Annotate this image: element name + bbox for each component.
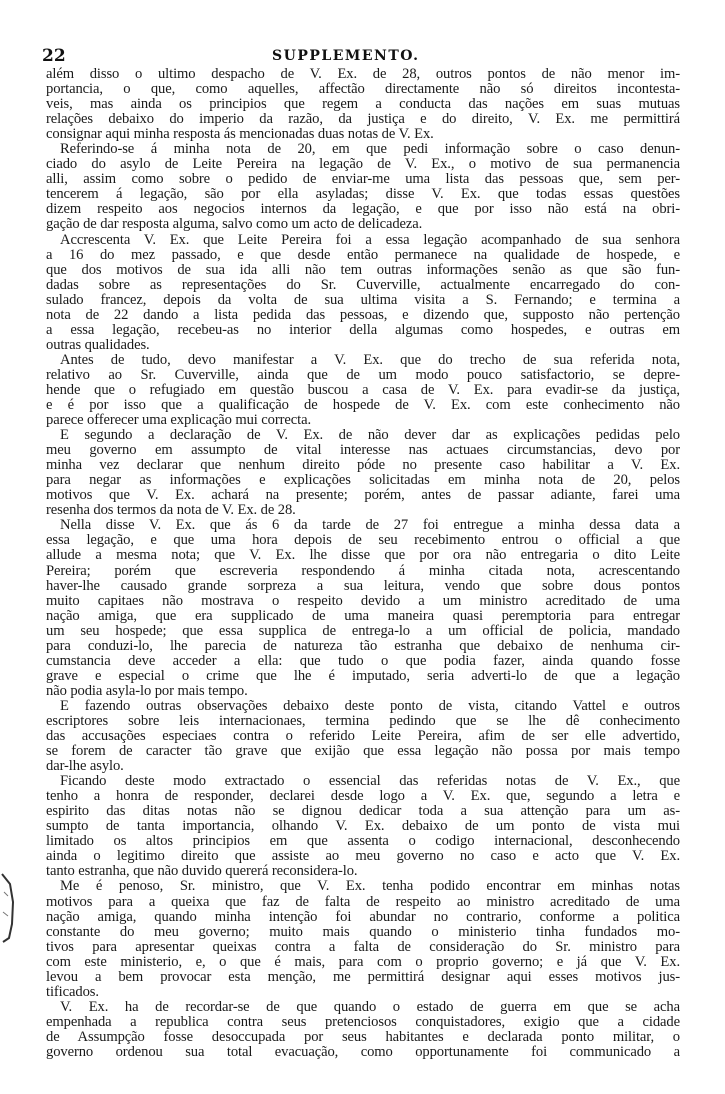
text-line: sulado francez, depois da volta de sua u… (46, 292, 680, 308)
text-line: escriptores sobre leis internacionaes, t… (46, 713, 680, 729)
text-line: dar-lhe asylo. (46, 758, 680, 774)
text-line: nota de 22 dando a lista pedida das pess… (46, 307, 680, 323)
text-line: grave e especial o crime que lhe é imput… (46, 668, 680, 684)
text-line: Accrescenta V. Ex. que Leite Pereira foi… (46, 232, 680, 248)
text-line: para negar as informações e explicações … (46, 472, 680, 488)
text-line: tificados. (46, 984, 680, 1000)
text-line: resenha dos termos da nota de V. Ex. de … (46, 502, 680, 518)
text-line: levou a bem provocar esta menção, me per… (46, 969, 680, 985)
text-line: Antes de tudo, devo manifestar a V. Ex. … (46, 352, 680, 368)
text-line: nação amiga, que era supplicado de uma m… (46, 608, 680, 624)
text-line: que dos motivos de sua ida alli não tem … (46, 262, 680, 278)
margin-binding-mark-icon (0, 872, 16, 944)
text-line: se forem de caracter tão grave que exijã… (46, 743, 680, 759)
text-line: a 16 do mez passado, e que desde então p… (46, 247, 680, 263)
text-line: Me é penoso, Sr. ministro, que V. Ex. te… (46, 878, 680, 894)
text-line: Referindo-se á minha nota de 20, em que … (46, 141, 680, 157)
text-line: alli, assim como sobre o pedido de envia… (46, 171, 680, 187)
text-line: allude a mesma nota; que V. Ex. lhe diss… (46, 547, 680, 563)
text-line: a essa legação, recebeu-as no interior d… (46, 322, 680, 338)
text-line: consignar aqui minha resposta ás mencion… (46, 126, 680, 142)
text-line: limitado os altos principios em que asse… (46, 833, 680, 849)
text-line: dadas sobre as representações do Sr. Cuv… (46, 277, 680, 293)
text-line: cumstancia deve acceder a ella: que tudo… (46, 653, 680, 669)
text-line: ainda o legitimo direito que assiste ao … (46, 848, 680, 864)
running-title: SUPPLEMENTO. (272, 48, 420, 64)
text-line: um seu hospede; que essa supplica de ent… (46, 623, 680, 639)
text-line: V. Ex. ha de recordar-se de que quando o… (46, 999, 680, 1015)
text-line: ciado do asylo de Leite Pereira na legaç… (46, 156, 680, 172)
text-line: portancia, o que, como aquelles, affectã… (46, 81, 680, 97)
text-line: essa legação, e que uma hora depois de s… (46, 532, 680, 548)
text-line: tanto estranha, que não duvido quererá r… (46, 863, 680, 879)
text-line: E fazendo outras observações debaixo des… (46, 698, 680, 714)
text-line: parece offerecer uma explicação mui corr… (46, 412, 680, 428)
text-line: outras qualidades. (46, 337, 680, 353)
text-line: haver-lhe causado grande sorpreza a sua … (46, 578, 680, 594)
text-line: espirito das ditas notas não se dignou d… (46, 803, 680, 819)
text-line: Nella disse V. Ex. que ás 6 da tarde de … (46, 517, 680, 533)
text-line: com este ministerio, e, o que é mais, pa… (46, 954, 680, 970)
text-line: de Assumpção fosse desoccupada por seus … (46, 1029, 680, 1045)
text-line: tivos para apresentar queixas contra a f… (46, 939, 680, 955)
text-line: não podia asyla-lo por mais tempo. (46, 683, 680, 699)
text-line: empenhada a republica contra seus preten… (46, 1014, 680, 1030)
text-line: e é por isso que a qualificação de hospe… (46, 397, 680, 413)
text-line: sumpto de tanta importancia, olhando V. … (46, 818, 680, 834)
text-line: para conduzi-lo, lhe parecia de natureza… (46, 638, 680, 654)
text-line: minha vez declarar que nenhum direito pó… (46, 457, 680, 473)
text-line: hende que o refugiado em questão buscou … (46, 382, 680, 398)
text-line: Ficando deste modo extractado o essencia… (46, 773, 680, 789)
text-line: tenho a honra de responder, declarei des… (46, 788, 680, 804)
text-line: muito capitaes não mostrava o respeito d… (46, 593, 680, 609)
page-number: 22 (42, 46, 66, 66)
text-line: além disso o ultimo despacho de V. Ex. d… (46, 66, 680, 82)
text-line: nação amiga, quando minha intenção foi a… (46, 909, 680, 925)
text-line: relações debaixo do imperio da razão, da… (46, 111, 680, 127)
text-line: motivos que V. Ex. achará na presente; p… (46, 487, 680, 503)
text-line: motivos para a queixa que faz de falta d… (46, 894, 680, 910)
text-line: governo ordenou sua total evacuação, com… (46, 1044, 680, 1060)
text-line: Pereira; porém que escreveria respondend… (46, 563, 680, 579)
text-line: meu governo em assumpto de vital interes… (46, 442, 680, 458)
text-line: constante do meu governo; muito mais qua… (46, 924, 680, 940)
text-line: relativo ao Sr. Cuverville, ainda que de… (46, 367, 680, 383)
text-line: tencerem á legação, são por ella asylada… (46, 186, 680, 202)
text-line: E segundo a declaração de V. Ex. de não … (46, 427, 680, 443)
text-line: dizem respeito aos negocios internos da … (46, 201, 680, 217)
text-line: das accusações especiaes contra o referi… (46, 728, 680, 744)
text-line: gação de dar resposta alguma, salvo como… (46, 216, 680, 232)
text-line: veis, mas ainda os principios que regem … (46, 96, 680, 112)
